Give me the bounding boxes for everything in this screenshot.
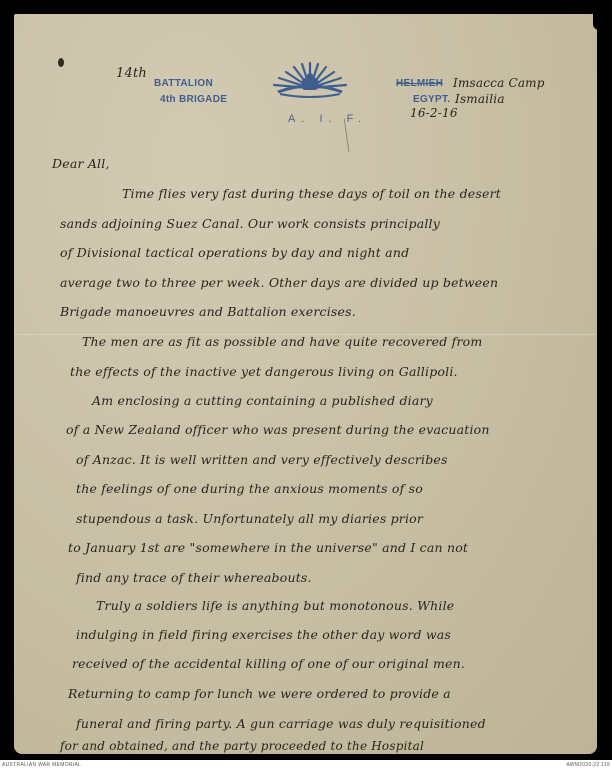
brigade-label: 4th BRIGADE: [160, 94, 227, 105]
letter-line: of Anzac. It is well written and very ef…: [76, 452, 448, 467]
letter-line: Brigade manoeuvres and Battalion exercis…: [60, 304, 356, 319]
letter-line: Returning to camp for lunch we were orde…: [68, 686, 451, 701]
punch-hole: [58, 58, 64, 67]
archive-caption-right: AWM2020.22.119: [566, 762, 610, 768]
battalion-label: BATTALION: [154, 78, 213, 89]
letter-line: for and obtained, and the party proceede…: [60, 739, 424, 753]
letter-line: the effects of the inactive yet dangerou…: [70, 364, 458, 379]
archive-footer: AUSTRALIAN WAR MEMORIAL AWM2020.22.119: [0, 760, 612, 773]
letter-line: the feelings of one during the anxious m…: [76, 481, 423, 496]
country-label: EGYPT.: [413, 94, 450, 105]
rising-sun-emblem-icon: [268, 60, 352, 100]
letter-line: funeral and firing party. A gun carriage…: [76, 716, 486, 731]
letter-line: indulging in field firing exercises the …: [76, 627, 451, 642]
letter-line: stupendous a task. Unfortunately all my …: [76, 511, 423, 526]
letter-line: average two to three per week. Other day…: [60, 275, 498, 290]
letter-line: Truly a soldiers life is anything but mo…: [96, 598, 454, 613]
letter-line: received of the accidental killing of on…: [72, 656, 465, 671]
letter-line: to January 1st are "somewhere in the uni…: [68, 540, 468, 555]
salutation: Dear All,: [52, 156, 110, 171]
letter-line: The men are as fit as possible and have …: [82, 334, 482, 349]
camp-name: Imsacca Camp: [453, 76, 545, 90]
town-name: Ismailia: [455, 92, 505, 106]
letter-line: sands adjoining Suez Canal. Our work con…: [60, 216, 440, 231]
letter-line: Time flies very fast during these days o…: [122, 186, 501, 201]
letter-date: 16-2-16: [410, 106, 458, 120]
letter-line: of a New Zealand officer who was present…: [66, 422, 490, 437]
archive-caption-left: AUSTRALIAN WAR MEMORIAL: [2, 762, 81, 768]
letter-line: of Divisional tactical operations by day…: [60, 245, 409, 260]
battalion-number: 14th: [116, 66, 147, 81]
struck-location: HELMIEH: [396, 78, 443, 89]
aif-label: A. I. F.: [288, 113, 367, 125]
letter-line: find any trace of their whereabouts.: [76, 570, 312, 585]
letter-page: [14, 14, 597, 754]
torn-corner: [593, 14, 599, 30]
letter-line: Am enclosing a cutting containing a publ…: [92, 393, 433, 408]
